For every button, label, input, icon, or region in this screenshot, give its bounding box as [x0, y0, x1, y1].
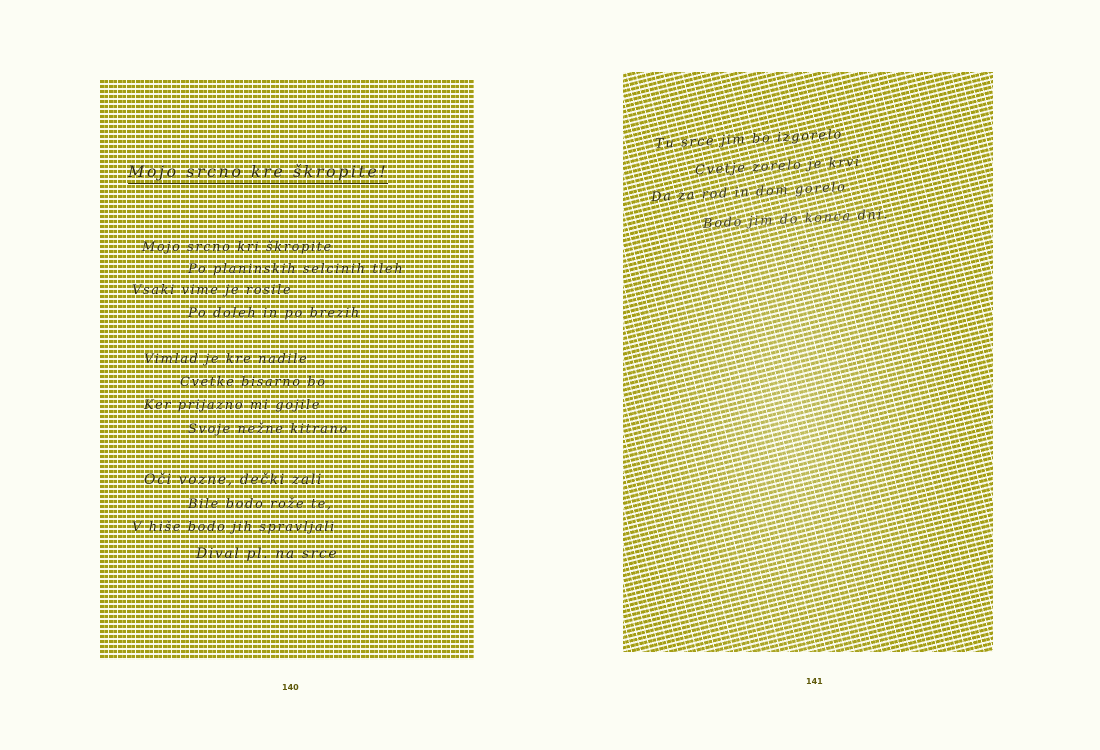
poem-line: Po doleh in po brezih — [188, 306, 361, 321]
poem-line: Mojo srcno kri škropite — [142, 240, 333, 255]
poem-line: Vsaki vime je rosile — [132, 283, 292, 298]
poem-line: V hiše bodo jih spravljali — [132, 520, 336, 535]
handwritten-plate-right: Tu srce jim bo izgorelo Cvetje zorelo je… — [623, 72, 993, 652]
right-page: Tu srce jim bo izgorelo Cvetje zorelo je… — [550, 0, 1100, 750]
poem-line: Po planinskih selcinih tleh — [188, 262, 404, 277]
poem-line: Oči vozne, dečki zali — [144, 472, 323, 488]
poem-line: Dival pl. na srce — [196, 546, 338, 562]
poem-line: Ker prijazno mi gojile — [144, 398, 321, 413]
poem-line: Da za rod in dom gorelo — [651, 180, 847, 205]
page-number: 140 — [282, 683, 299, 692]
poem-line: Cvetke bisarno bo — [180, 375, 327, 390]
page-number: 141 — [806, 677, 823, 686]
ellipsis-mark: · · · — [793, 244, 817, 255]
poem-line: Bile bodo rože te, — [188, 497, 333, 512]
poem-line: Svoje nežne kitrano — [188, 422, 349, 437]
poem-line: Vimlad je kre nadile — [144, 352, 308, 367]
poem-title: Mojo srcno kre škropite! — [128, 162, 388, 184]
handwritten-plate-left: Mojo srcno kre škropite! Mojo srcno kri … — [100, 80, 474, 660]
left-page: Mojo srcno kre škropite! Mojo srcno kri … — [0, 0, 550, 750]
poem-line: Cvetje zorelo je krvi — [695, 155, 861, 179]
poem-line: Bodo jim do konca dni. — [703, 207, 890, 232]
poem-line: Tu srce jim bo izgorelo — [655, 127, 843, 152]
